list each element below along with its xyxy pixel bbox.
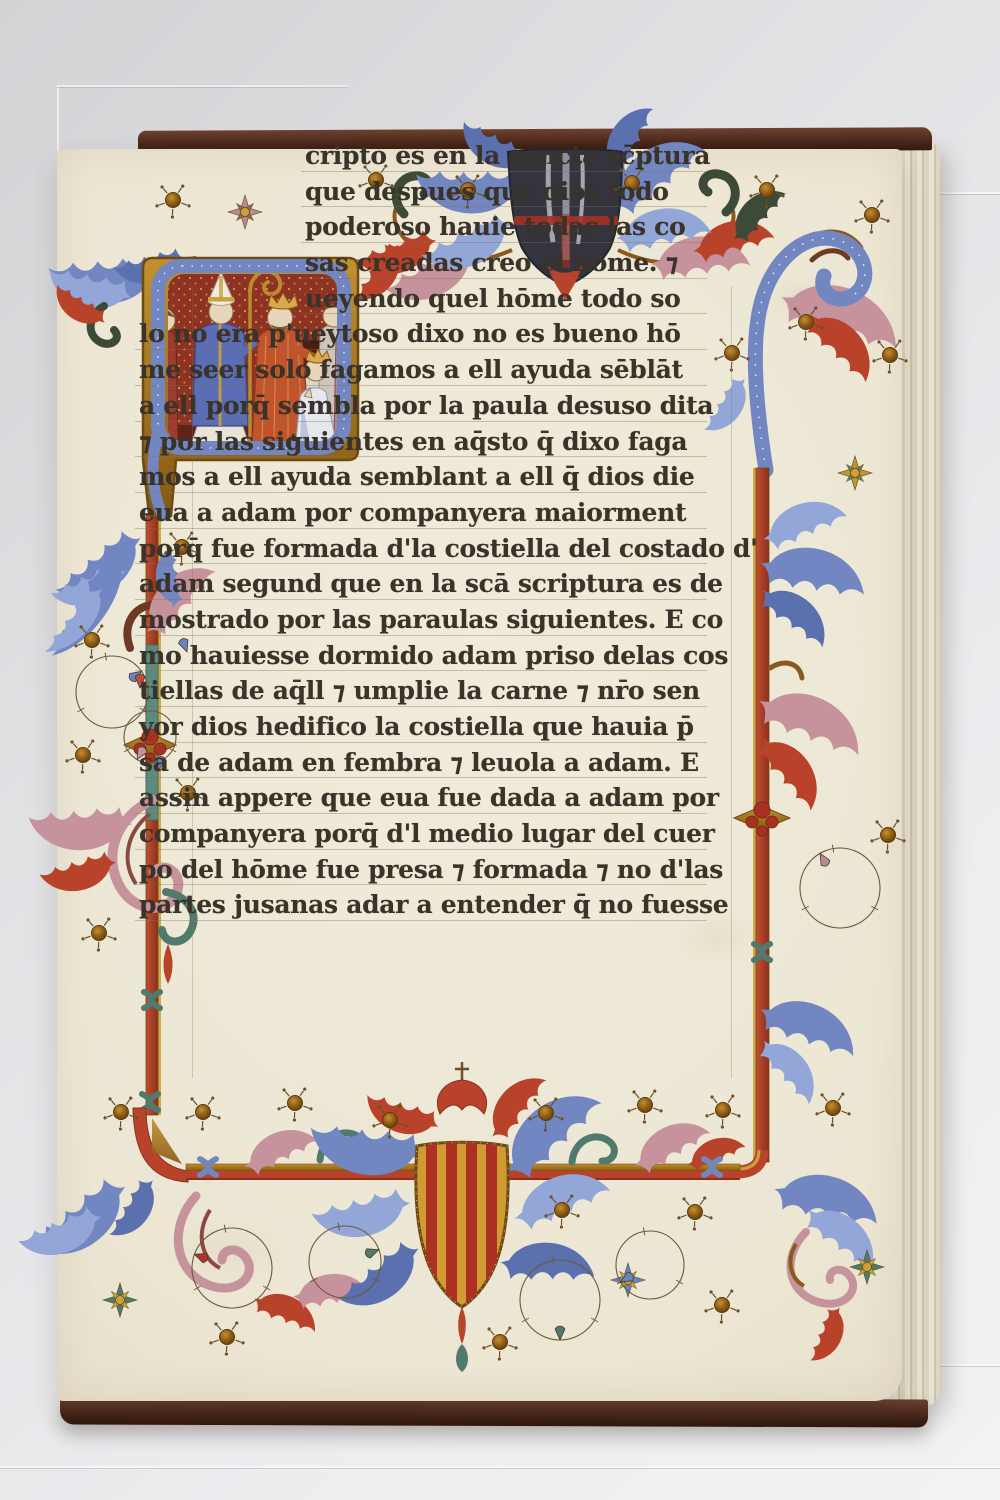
manuscript-text-line: yor dios hedifico la costiella que hauia… <box>139 710 699 746</box>
text-block: cripto es en la sancta sc̄pturaque despu… <box>139 139 699 924</box>
manuscript-text-line: ⁊ por las siguientes en aq̄sto q̄ dixo f… <box>139 425 699 461</box>
manuscript-text-line: que despues que dios todo <box>305 175 699 211</box>
manuscript-text-line: eua a adam por companyera maiorment <box>139 496 699 532</box>
glass-edge-right <box>936 192 1000 194</box>
manuscript-text-line: porq̄ fue formada d'la costiella del cos… <box>139 532 699 568</box>
manuscript-text-line: poderoso hauie todas las co <box>305 210 699 246</box>
manuscript-text-line: companyera porq̄ d'l medio lugar del cue… <box>139 817 699 853</box>
manuscript-text-line: cripto es en la sancta sc̄ptura <box>305 139 699 175</box>
manuscript-text-line: partes jusanas adar a entender q̄ no fue… <box>139 888 699 924</box>
photo-backdrop: cripto es en la sancta sc̄pturaque despu… <box>0 0 1000 1500</box>
manuscript-text-line: me seer solo fagamos a ell ayuda sēblāt <box>139 353 699 389</box>
right-ruling-line <box>731 286 732 1078</box>
glass-edge-top <box>57 85 347 87</box>
facing-page-edge <box>0 352 61 1456</box>
manuscript-text-line: ueyendo quel hōme todo so <box>305 282 699 318</box>
table-edge <box>0 1466 1000 1468</box>
manuscript-text-line: adam segund que en la scā scriptura es d… <box>139 567 699 603</box>
manuscript-text-line: a ell porq̄ sembla por la paula desuso d… <box>139 389 699 425</box>
manuscript-text-line: mos a ell ayuda semblant a ell q̄ dios d… <box>139 460 699 496</box>
manuscript-text-line: tiellas de aq̄ll ⁊ umplie la carne ⁊ nr̄… <box>139 674 699 710</box>
manuscript-text-line: sas creadas creo el hōme. ⁊ <box>305 246 699 282</box>
manuscript-text-line: mo hauiesse dormido adam priso delas cos <box>139 639 699 675</box>
manuscript-text-line: lo no era p'ueytoso dixo no es bueno hō <box>139 317 699 353</box>
glass-edge-bottom-right <box>938 1364 1000 1366</box>
manuscript-text-line: sa de adam en fembra ⁊ leuola a adam. E <box>139 746 699 782</box>
manuscript-text-line: mostrado por las paraulas siguientes. E … <box>139 603 699 639</box>
manuscript-text-line: assin appere que eua fue dada a adam por <box>139 781 699 817</box>
binding-edge-bottom <box>60 1396 928 1427</box>
manuscript-text-line: po del hōme fue presa ⁊ formada ⁊ no d'l… <box>139 853 699 889</box>
